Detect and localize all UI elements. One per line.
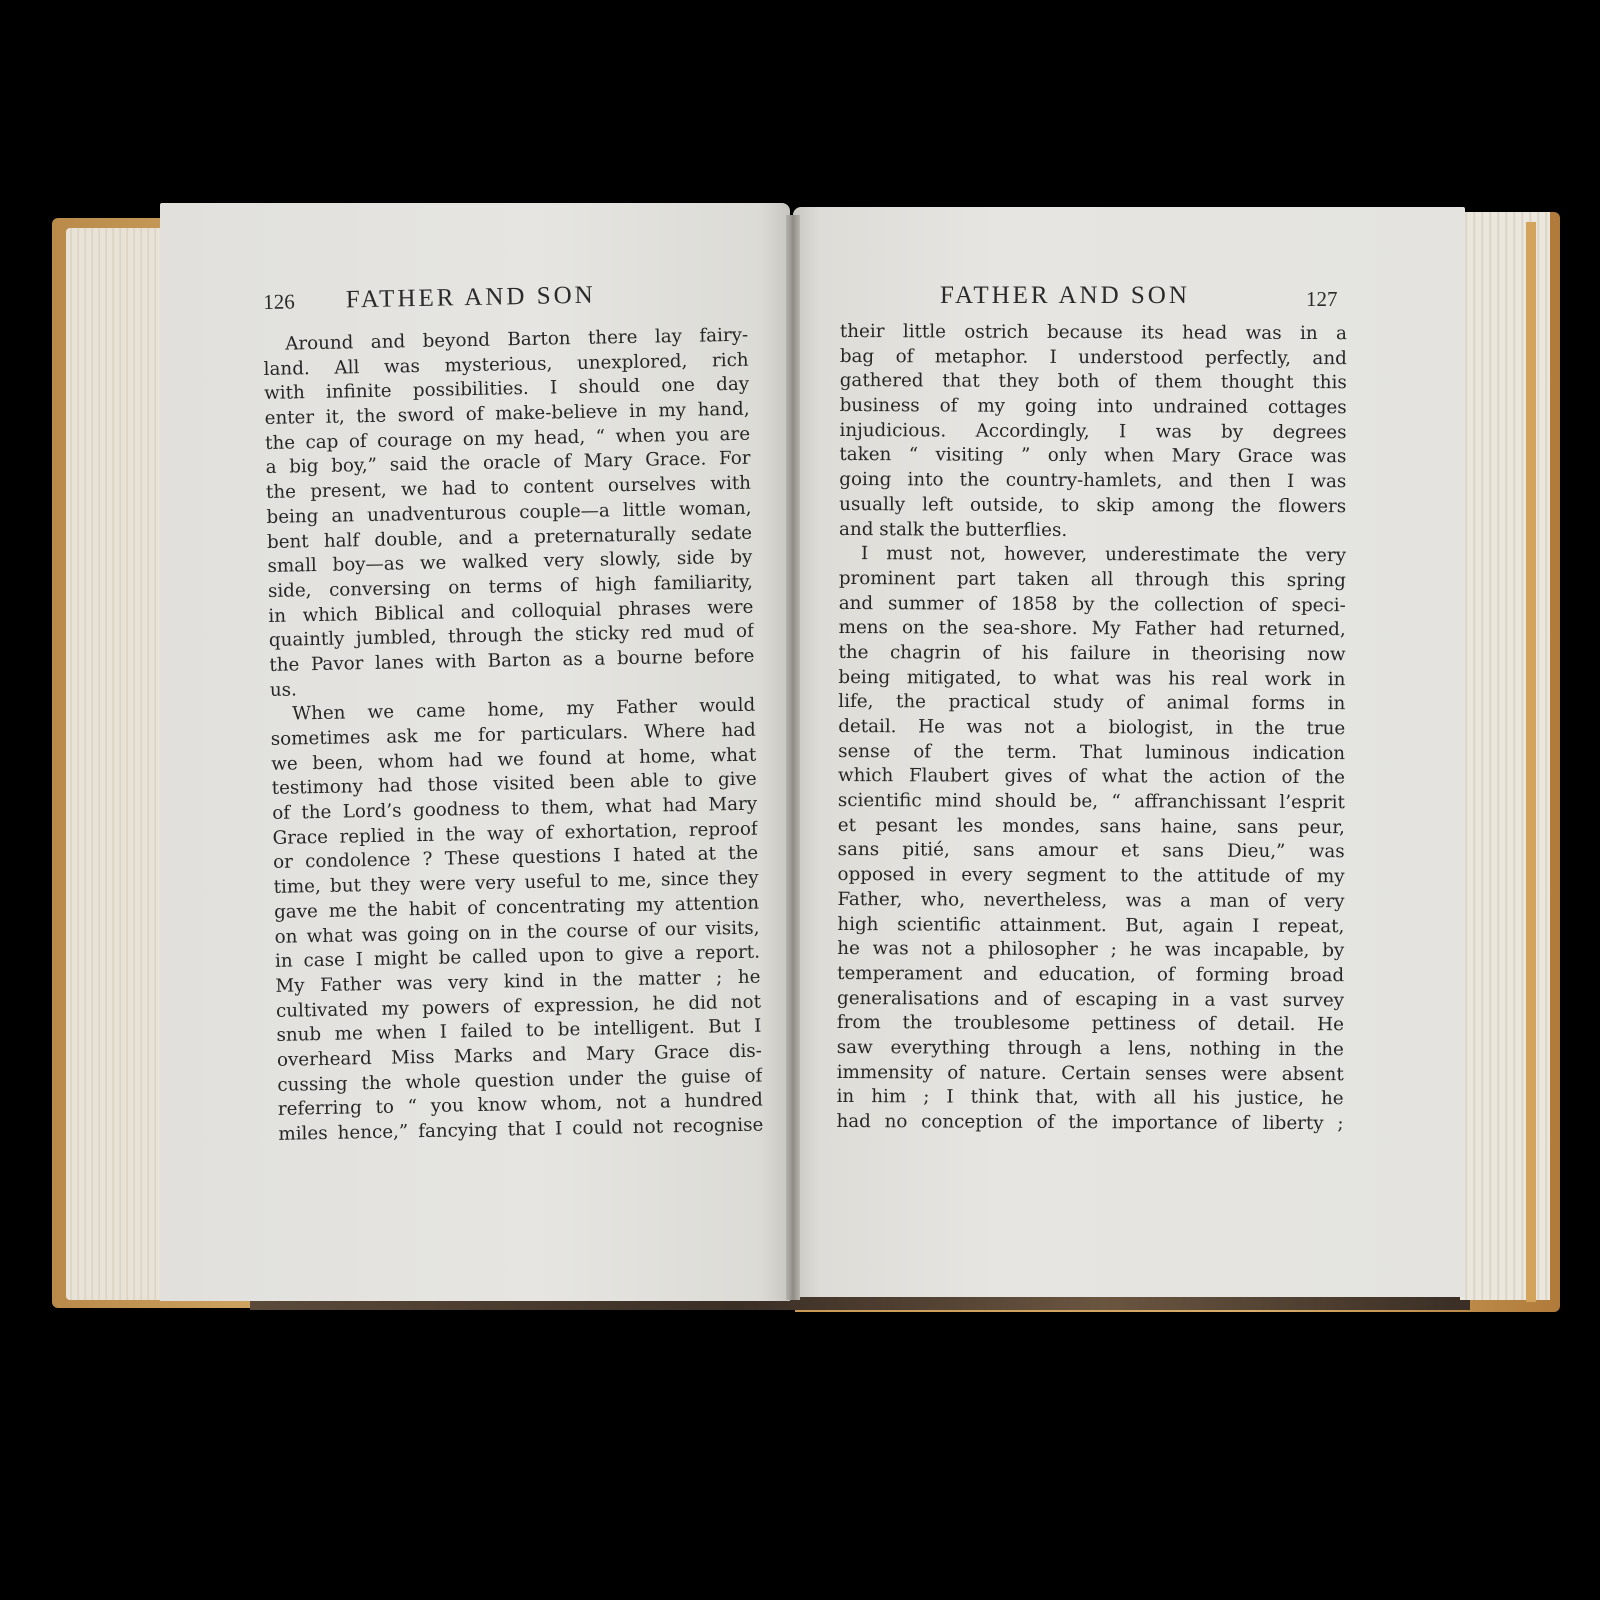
right-page-number-wrap: 127 <box>1306 287 1338 312</box>
text-line: saw everything through a lens, nothing i… <box>837 1036 1344 1063</box>
text-line: their little ostrich because its head wa… <box>840 320 1347 347</box>
text-line: temperament and education, of forming br… <box>837 962 1344 989</box>
text-line: usually left outside, to skip among the … <box>839 493 1346 520</box>
right-running-title: FATHER AND SON <box>940 282 1190 309</box>
text-line: in him ; I think that, with all his just… <box>837 1085 1344 1112</box>
text-line: opposed in every segment to the attitude… <box>838 863 1345 890</box>
text-line: going into the country-hamlets, and then… <box>839 468 1346 495</box>
right-page-body: their little ostrich because its head wa… <box>836 320 1347 1137</box>
text-line: bag of metaphor. I understood perfectly,… <box>840 345 1347 372</box>
text-line: taken “ visiting ” only when Mary Grace … <box>839 443 1346 470</box>
text-line: scientific mind should be, “ affranchiss… <box>838 789 1345 816</box>
text-line: business of my going into undrained cott… <box>840 394 1347 421</box>
text-line: prominent part taken all through this sp… <box>839 567 1346 594</box>
text-line: sans pitié, sans amour et sans Dieu,” wa… <box>838 838 1345 865</box>
text-line: had no conception of the importance of l… <box>836 1110 1343 1137</box>
text-line: which Flaubert gives of what the action … <box>838 764 1345 791</box>
book-gutter <box>786 215 800 1300</box>
text-line: injudicious. Accordingly, I was by degre… <box>839 419 1346 446</box>
text-line: sense of the term. That luminous indicat… <box>838 740 1345 767</box>
text-line: high scientific attainment. But, again I… <box>837 912 1344 939</box>
text-line: generalisations and of escaping in a vas… <box>837 987 1344 1014</box>
right-page-header: FATHER AND SON <box>940 282 1190 310</box>
text-line: detail. He was not a biologist, in the t… <box>838 715 1345 742</box>
text-line: from the troublesome pettiness of detail… <box>837 1011 1344 1038</box>
text-line: et pesant les mondes, sans haine, sans p… <box>838 814 1345 841</box>
open-book: 126 FATHER AND SON FATHER AND SON 127 Ar… <box>0 0 1600 1600</box>
left-running-title: FATHER AND SON <box>346 282 596 314</box>
gilt-edge-right <box>1526 222 1536 1302</box>
text-line: being mitigated, to what was his real wo… <box>838 666 1345 693</box>
left-page-body: Around and beyond Barton there lay fairy… <box>263 324 764 1148</box>
text-line: gathered that they both of them thought … <box>840 369 1347 396</box>
text-line: I must not, however, underestimate the v… <box>839 542 1346 569</box>
text-line: Father, who, nevertheless, was a man of … <box>837 888 1344 915</box>
text-line: the chagrin of his failure in theorising… <box>838 641 1345 668</box>
text-line: he was not a philosopher ; he was incapa… <box>837 937 1344 964</box>
text-line: and stalk the butterflies. <box>839 517 1346 544</box>
page-edges-right <box>1460 212 1550 1300</box>
text-line: life, the practical study of animal form… <box>838 690 1345 717</box>
left-page-number: 126 <box>263 289 295 314</box>
text-line: immensity of nature. Certain senses were… <box>837 1061 1344 1088</box>
text-line: and summer of 1858 by the collection of … <box>839 592 1346 619</box>
right-page-number: 127 <box>1306 287 1338 311</box>
text-line: mens on the sea-shore. My Father had ret… <box>839 616 1346 643</box>
